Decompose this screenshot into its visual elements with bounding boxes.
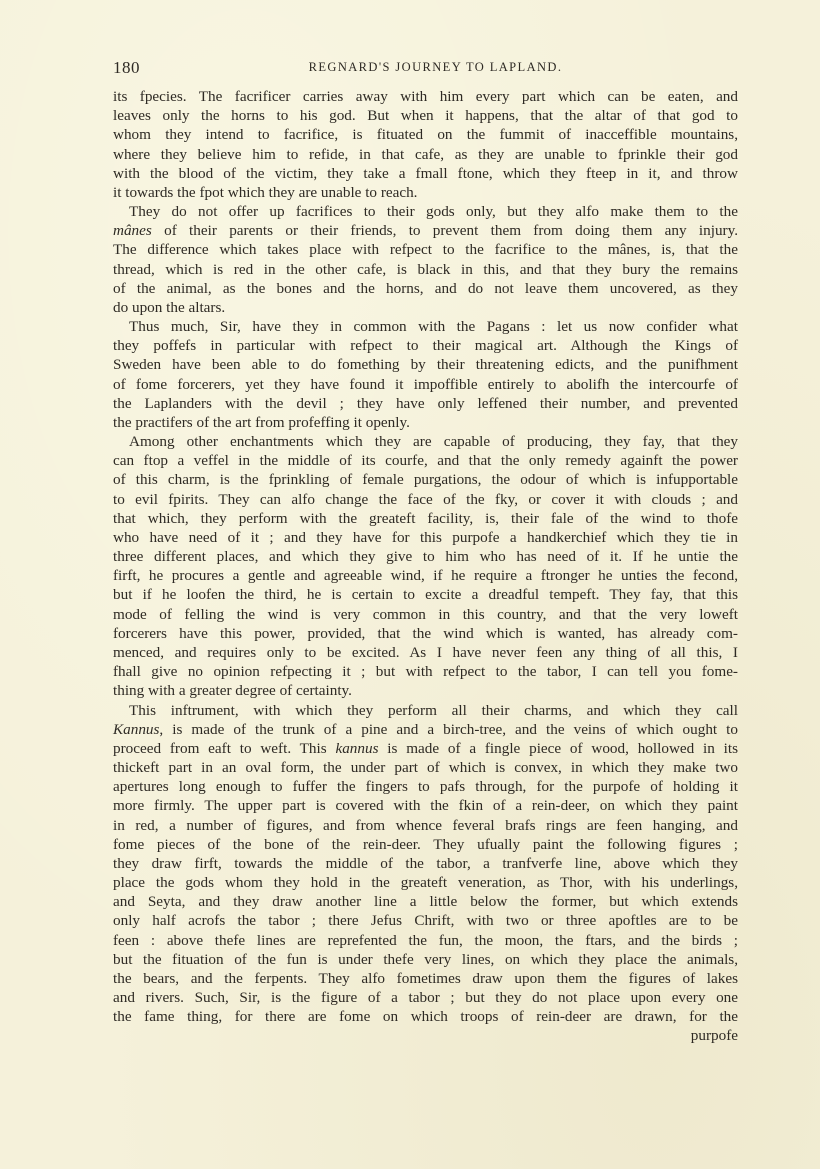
body-text: its fpecies. The facrificer carries away… <box>113 87 738 1046</box>
text-segment: and Seyta, and they draw another line a … <box>113 893 738 910</box>
text-segment: where they believe him to refide, in tha… <box>113 146 738 163</box>
text-line: of the animal, as the bones and the horn… <box>113 279 738 298</box>
text-line: menced, and requires only to be excited.… <box>113 643 738 662</box>
text-segment: of this charm, is the fprinkling of fema… <box>113 471 738 488</box>
text-segment: only half acrofs the tabor ; there Jefus… <box>113 912 738 929</box>
text-line: thing with a greater degree of certainty… <box>113 681 738 700</box>
text-segment: leaves only the horns to his god. But wh… <box>113 107 738 124</box>
text-line: of fome forcerers, yet they have found i… <box>113 375 738 394</box>
text-line: the practifers of the art from profeffin… <box>113 413 738 432</box>
text-segment: fhall give no opinion refpecting it ; bu… <box>113 663 738 680</box>
text-segment: thing with a greater degree of certainty… <box>113 682 352 699</box>
text-segment: of the animal, as the bones and the horn… <box>113 280 738 297</box>
text-segment: whom they intend to facrifice, is fituat… <box>113 126 738 143</box>
text-segment: they poffefs in particular with refpect … <box>113 337 738 354</box>
italic-term: kannus <box>335 740 378 757</box>
text-segment: thread, which is red in the other cafe, … <box>113 261 738 278</box>
text-segment: the fame thing, for there are fome on wh… <box>113 1008 738 1025</box>
text-segment: the bears, and the ferpents. They alfo f… <box>113 970 738 987</box>
text-line: but if he loofen the third, he is certai… <box>113 585 738 604</box>
text-line: it towards the fpot which they are unabl… <box>113 183 738 202</box>
text-segment: its fpecies. The facrificer carries away… <box>113 88 738 105</box>
text-line: only half acrofs the tabor ; there Jefus… <box>113 911 738 930</box>
running-title: REGNARD'S JOURNEY TO LAPLAND. <box>113 60 738 75</box>
text-segment: to evil fpirits. They can alfo change th… <box>113 491 738 508</box>
text-segment: and rivers. Such, Sir, is the figure of … <box>113 989 738 1006</box>
text-line: its fpecies. The facrificer carries away… <box>113 87 738 106</box>
text-line: the Laplanders with the devil ; they hav… <box>113 394 738 413</box>
text-segment: apertures long enough to fuffer the fing… <box>113 778 738 795</box>
text-segment: This inftrument, with which they perform… <box>129 702 738 719</box>
text-line: they poffefs in particular with refpect … <box>113 336 738 355</box>
text-line: they draw firft, towards the middle of t… <box>113 854 738 873</box>
text-line: leaves only the horns to his god. But wh… <box>113 106 738 125</box>
text-line: and rivers. Such, Sir, is the figure of … <box>113 988 738 1007</box>
text-segment: the Laplanders with the devil ; they hav… <box>113 395 738 412</box>
text-segment: forcerers have this power, provided, tha… <box>113 625 738 642</box>
text-line: Among other enchantments which they are … <box>113 432 738 451</box>
italic-term: Kannus <box>113 721 159 738</box>
text-segment: The difference which takes place with re… <box>113 241 738 258</box>
text-line: in red, a number of figures, and from wh… <box>113 816 738 835</box>
text-line: place the gods whom they hold in the gre… <box>113 873 738 892</box>
text-line: to evil fpirits. They can alfo change th… <box>113 490 738 509</box>
text-line: Kannus, is made of the trunk of a pine a… <box>113 720 738 739</box>
text-line: three different places, and which they g… <box>113 547 738 566</box>
text-line: fome pieces of the bone of the rein-deer… <box>113 835 738 854</box>
text-segment: Thus much, Sir, have they in common with… <box>129 318 738 335</box>
text-line: whom they intend to facrifice, is fituat… <box>113 125 738 144</box>
text-segment: they draw firft, towards the middle of t… <box>113 855 738 872</box>
text-segment: can ftop a veffel in the middle of its c… <box>113 452 738 469</box>
text-line: thread, which is red in the other cafe, … <box>113 260 738 279</box>
text-segment: thickeft part in an oval form, the under… <box>113 759 738 776</box>
text-line: can ftop a veffel in the middle of its c… <box>113 451 738 470</box>
text-segment: of their parents or their friends, to pr… <box>152 222 738 239</box>
text-line: fhall give no opinion refpecting it ; bu… <box>113 662 738 681</box>
text-line: feen : above thefe lines are reprefented… <box>113 931 738 950</box>
text-segment: Among other enchantments which they are … <box>129 433 738 450</box>
text-line: proceed from eaft to weft. This kannus i… <box>113 739 738 758</box>
text-line: mânes of their parents or their friends,… <box>113 221 738 240</box>
text-segment: fome pieces of the bone of the rein-deer… <box>113 836 738 853</box>
text-segment: but if he loofen the third, he is certai… <box>113 586 738 603</box>
text-line: but the fituation of the fun is under th… <box>113 950 738 969</box>
running-head: 180 REGNARD'S JOURNEY TO LAPLAND. <box>113 58 738 80</box>
text-segment: They do not offer up facrifices to their… <box>129 203 738 220</box>
text-segment: of fome forcerers, yet they have found i… <box>113 376 738 393</box>
italic-term: mânes <box>113 222 152 239</box>
text-segment: do upon the altars. <box>113 299 225 316</box>
text-line: with the blood of the victim, they take … <box>113 164 738 183</box>
text-segment: proceed from eaft to weft. This <box>113 740 335 757</box>
text-segment: feen : above thefe lines are reprefented… <box>113 932 738 949</box>
text-segment: in red, a number of figures, and from wh… <box>113 817 738 834</box>
text-line: where they believe him to refide, in tha… <box>113 145 738 164</box>
text-segment: mode of felling the wind is very common … <box>113 606 738 623</box>
text-line: and Seyta, and they draw another line a … <box>113 892 738 911</box>
text-segment: Sweden have been able to do fomething by… <box>113 356 738 373</box>
text-line: of this charm, is the fprinkling of fema… <box>113 470 738 489</box>
text-line: thickeft part in an oval form, the under… <box>113 758 738 777</box>
text-line: They do not offer up facrifices to their… <box>113 202 738 221</box>
text-line: apertures long enough to fuffer the fing… <box>113 777 738 796</box>
text-line: do upon the altars. <box>113 298 738 317</box>
text-segment: that which, they perform with the greate… <box>113 510 738 527</box>
text-segment: who have need of it ; and they have for … <box>113 529 738 546</box>
text-segment: is made of a fingle piece of wood, hollo… <box>378 740 738 757</box>
text-line: forcerers have this power, provided, tha… <box>113 624 738 643</box>
text-line: more firmly. The upper part is covered w… <box>113 796 738 815</box>
text-line: the fame thing, for there are fome on wh… <box>113 1007 738 1026</box>
text-line: who have need of it ; and they have for … <box>113 528 738 547</box>
text-segment: with the blood of the victim, they take … <box>113 165 738 182</box>
book-page: 180 REGNARD'S JOURNEY TO LAPLAND. its fp… <box>0 0 820 1169</box>
text-segment: , is made of the trunk of a pine and a b… <box>159 721 738 738</box>
text-segment: menced, and requires only to be excited.… <box>113 644 738 661</box>
text-segment: the practifers of the art from profeffin… <box>113 414 410 431</box>
text-line: Thus much, Sir, have they in common with… <box>113 317 738 336</box>
text-line: The difference which takes place with re… <box>113 240 738 259</box>
text-line: mode of felling the wind is very common … <box>113 605 738 624</box>
text-segment: place the gods whom they hold in the gre… <box>113 874 738 891</box>
text-line: firft, he procures a gentle and agreeabl… <box>113 566 738 585</box>
text-line: the bears, and the ferpents. They alfo f… <box>113 969 738 988</box>
text-line: that which, they perform with the greate… <box>113 509 738 528</box>
text-line: Sweden have been able to do fomething by… <box>113 355 738 374</box>
text-segment: firft, he procures a gentle and agreeabl… <box>113 567 738 584</box>
text-segment: it towards the fpot which they are unabl… <box>113 184 417 201</box>
text-line: purpofe <box>113 1026 738 1045</box>
text-segment: more firmly. The upper part is covered w… <box>113 797 738 814</box>
text-line: This inftrument, with which they perform… <box>113 701 738 720</box>
text-segment: but the fituation of the fun is under th… <box>113 951 738 968</box>
text-segment: three different places, and which they g… <box>113 548 738 565</box>
text-segment: purpofe <box>691 1027 738 1044</box>
